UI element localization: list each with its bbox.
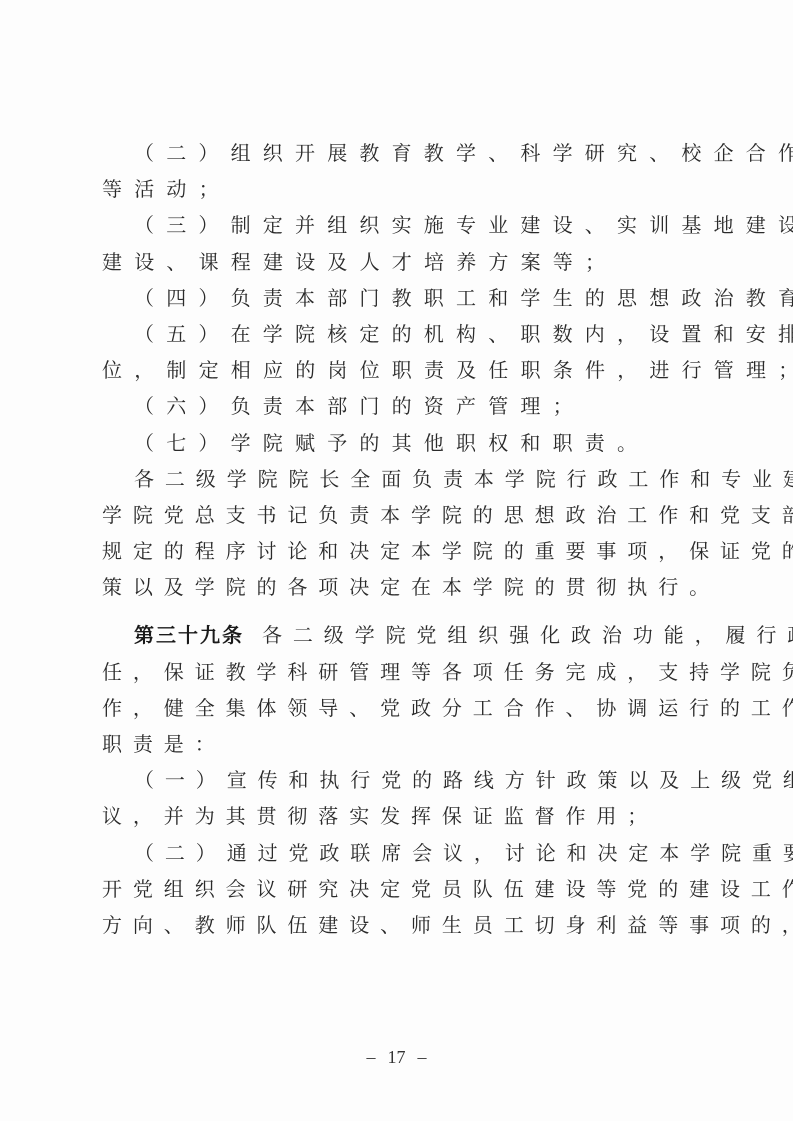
paragraph-line: 职责是： [102,726,686,762]
paragraph-line: 议，并为其贯彻落实发挥保证监督作用； [102,798,686,834]
paragraph-line: （三）制定并组织实施专业建设、实训基地建设、师资队伍 [102,207,686,243]
paragraph-line: （五）在学院核定的机构、职数内，设置和安排内部工作岗 [102,316,686,352]
paragraph-gap [102,605,686,617]
paragraph-line: （一）宣传和执行党的路线方针政策以及上级党组织的决 [102,762,686,798]
paragraph-line: （七）学院赋予的其他职权和职责。 [102,425,686,461]
paragraph-line: 位，制定相应的岗位职责及任职条件，进行管理； [102,352,686,388]
article-first-line: 第三十九条各二级学院党组织强化政治功能，履行政治责 [102,617,686,653]
paragraph-line: （二）通过党政联席会议，讨论和决定本学院重要事项。召 [102,835,686,871]
paragraph-line: （二）组织开展教育教学、科学研究、校企合作和社会服务 [102,135,686,171]
paragraph-line: 策以及学院的各项决定在本学院的贯彻执行。 [102,569,686,605]
paragraph-line: 建设、课程建设及人才培养方案等； [102,244,686,280]
article-heading: 第三十九条 [134,623,244,647]
body-text: （二）组织开展教育教学、科学研究、校企合作和社会服务 等活动； （三）制定并组织… [102,135,686,943]
paragraph-line: 作，健全集体领导、党政分工合作、协调运行的工作机制。主要 [102,690,686,726]
article-text: 各二级学院党组织强化政治功能，履行政治责 [262,623,793,647]
paragraph-line: 规定的程序讨论和决定本学院的重要事项，保证党的路线方针政 [102,533,686,569]
paragraph-line: 任，保证教学科研管理等各项任务完成，支持学院负责人开展工 [102,654,686,690]
paragraph-line: （六）负责本部门的资产管理； [102,388,686,424]
paragraph-line: 开党组织会议研究决定党员队伍建设等党的建设工作。涉及办学 [102,871,686,907]
paragraph-line: （四）负责本部门教职工和学生的思想政治教育与管理； [102,280,686,316]
document-page: （二）组织开展教育教学、科学研究、校企合作和社会服务 等活动； （三）制定并组织… [0,0,793,1121]
page-footer: –17– [0,1047,793,1068]
page-number: 17 [388,1047,406,1067]
paragraph-line: 学院党总支书记负责本学院的思想政治工作和党支部建设，通过 [102,497,686,533]
paragraph-line: 等活动； [102,171,686,207]
dash-right: – [418,1047,427,1067]
paragraph-line: 方向、教师队伍建设、师生员工切身利益等事项的，应当经党组 [102,907,686,943]
paragraph-line: 各二级学院院长全面负责本学院行政工作和专业建设。二级 [102,461,686,497]
dash-left: – [367,1047,376,1067]
